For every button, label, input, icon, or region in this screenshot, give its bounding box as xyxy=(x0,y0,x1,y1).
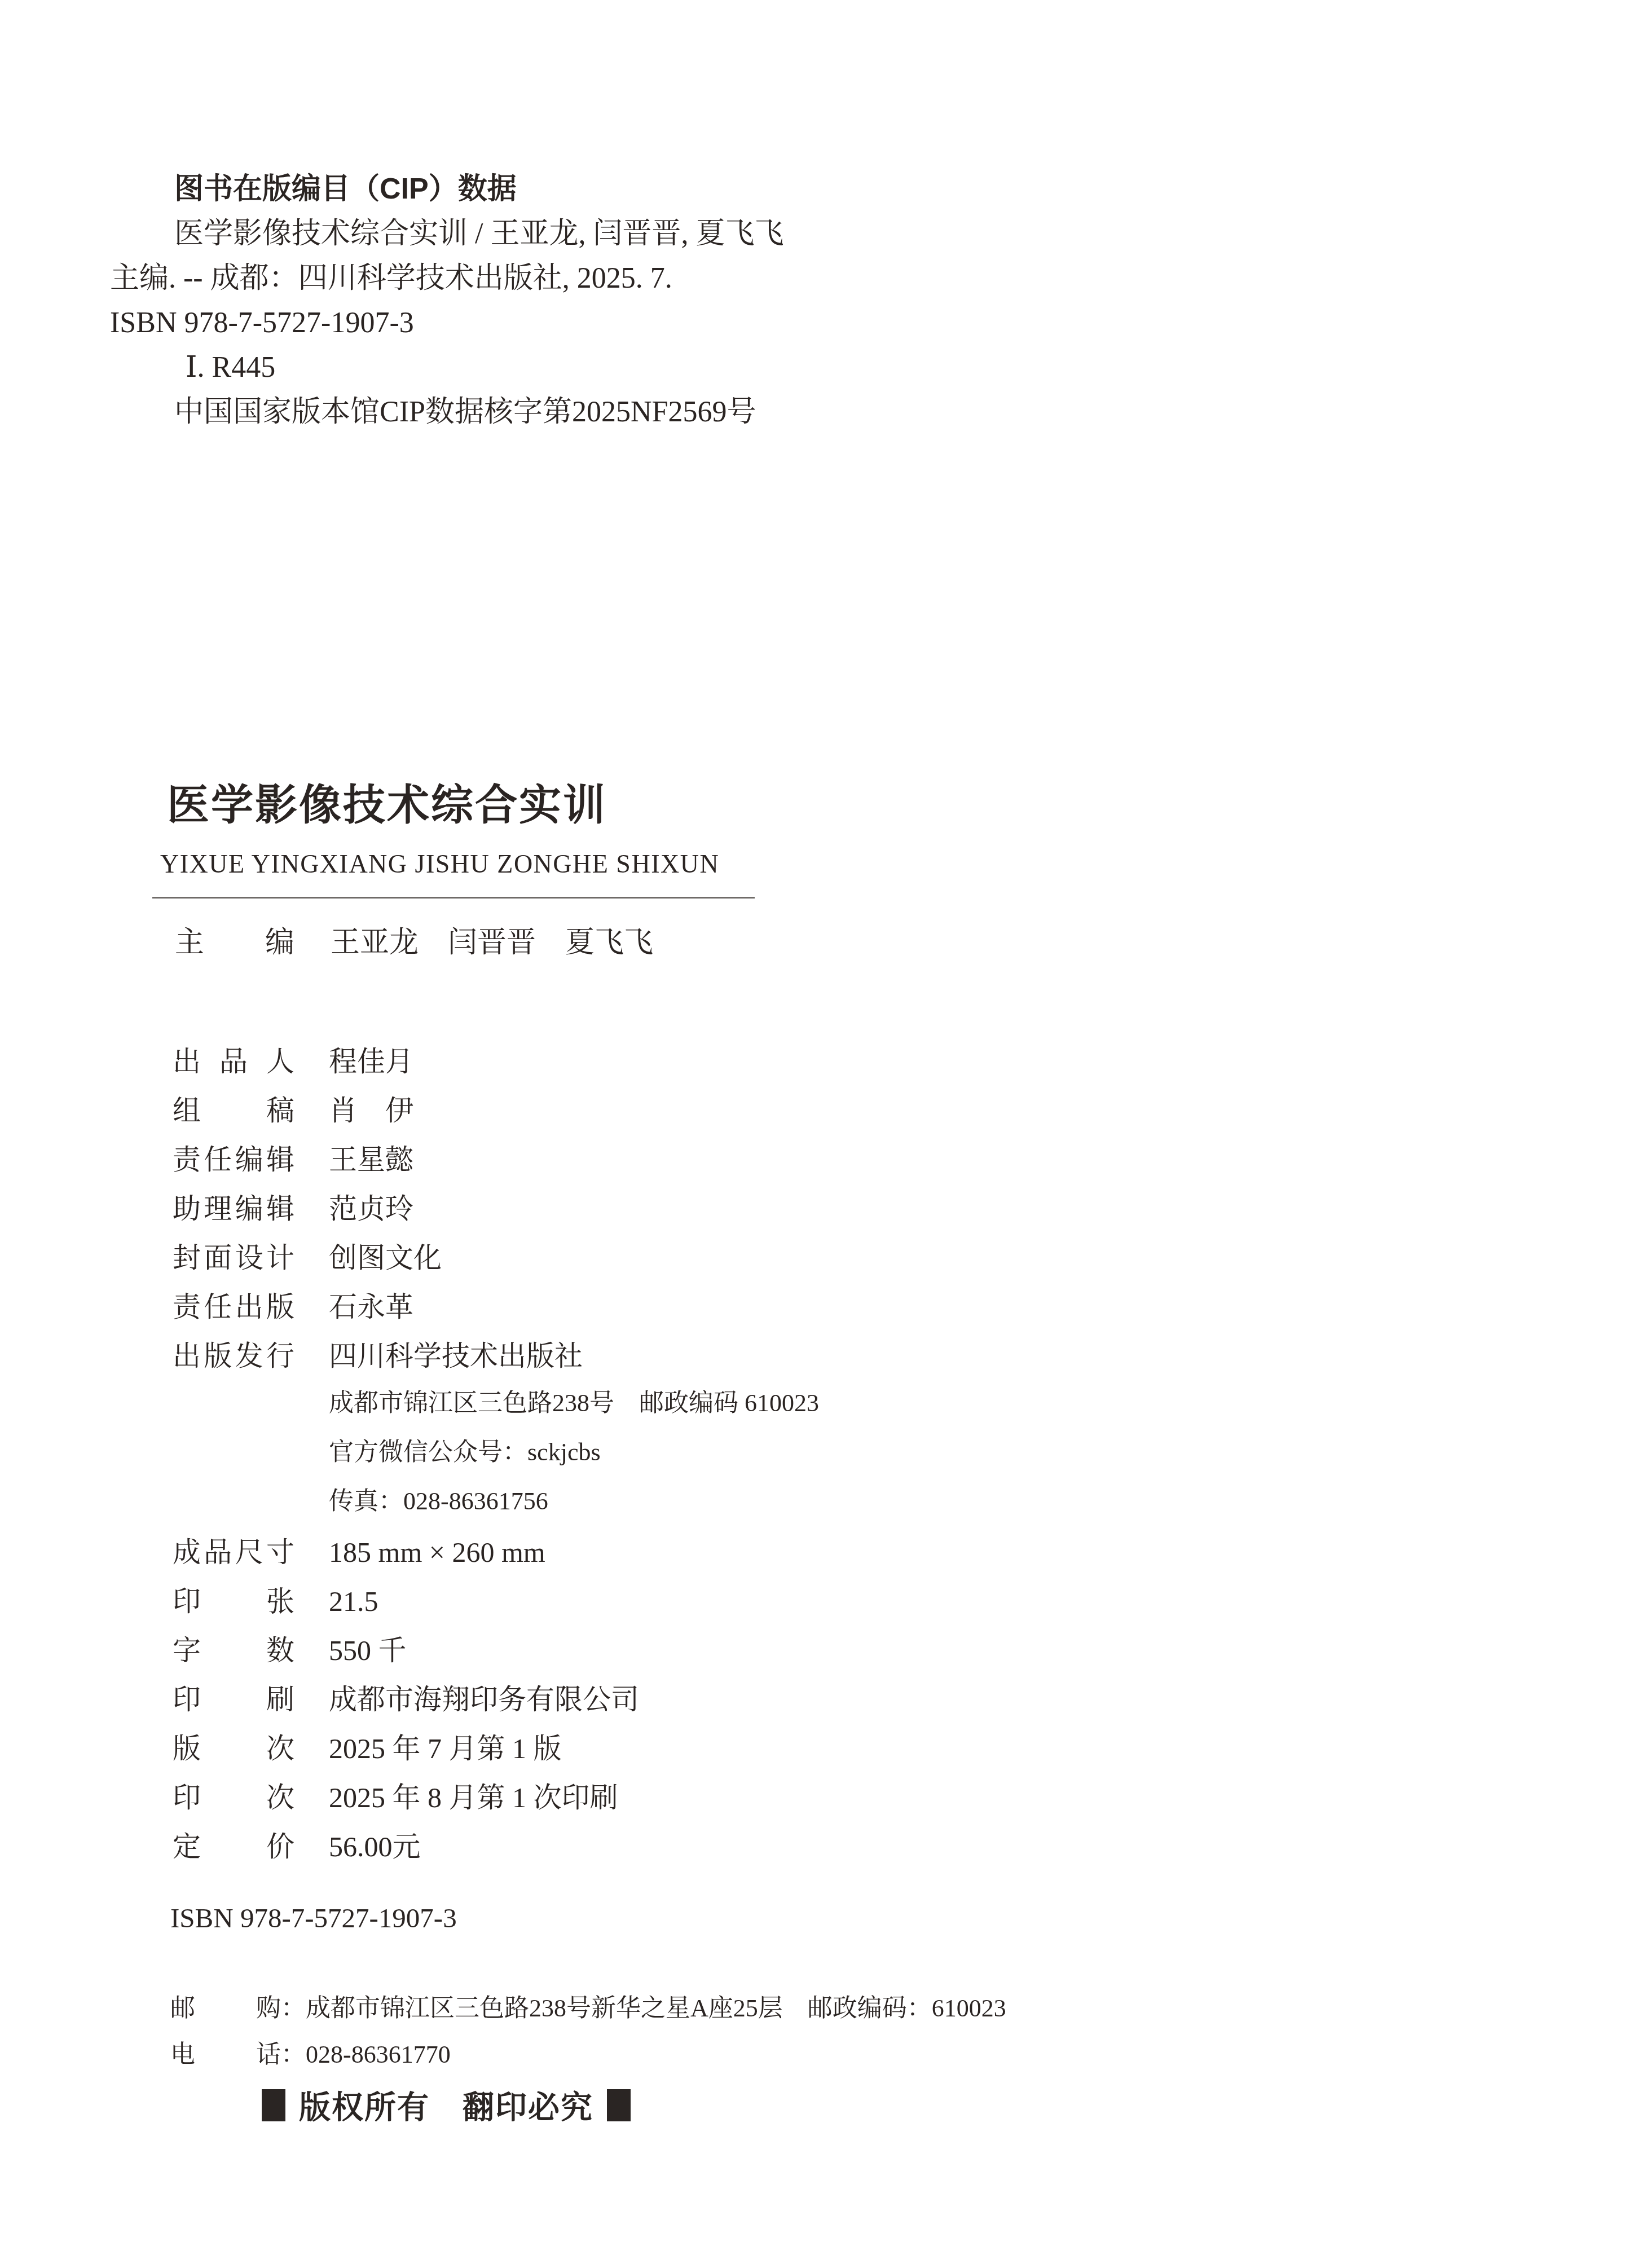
colophon-row-fax: 传真：028-86361756 xyxy=(173,1481,819,1530)
row-value: ：成都市锦江区三色路238号新华之星A座25层 邮政编码：610023 xyxy=(281,1988,1006,2024)
editor-names: 王亚龙 闫晋晋 夏飞飞 xyxy=(331,918,653,961)
row-value: 程佳月 xyxy=(329,1039,413,1080)
row-value: 官方微信公众号：sckjcbs xyxy=(329,1432,601,1468)
colophon-row-cover-design: 封面设计 创图文化 xyxy=(173,1235,819,1284)
cip-block: 图书在版编目（CIP）数据 医学影像技术综合实训 / 王亚龙, 闫晋晋, 夏飞飞… xyxy=(110,167,1182,434)
footer-contact-block: 邮购 ：成都市锦江区三色路238号新华之星A座25层 邮政编码：610023 电… xyxy=(170,1988,1006,2080)
cip-line-classification: Ⅰ. R445 xyxy=(110,345,1182,390)
editors-row: 主编 王亚龙 闫晋晋 夏飞飞 xyxy=(175,918,653,961)
book-title-pinyin: YIXUE YINGXIANG JISHU ZONGHE SHIXUN xyxy=(160,849,719,879)
row-label: 成品尺寸 xyxy=(173,1530,294,1570)
colophon: 出品人 程佳月 组稿 肖 伊 责任编辑 王星懿 助理编辑 范贞玲 封面设计 创图… xyxy=(173,1039,819,1873)
copyright-notice: 版权所有 翻印必究 xyxy=(262,2082,631,2128)
row-label: 字数 xyxy=(173,1628,294,1668)
colophon-row-assistant-editor: 助理编辑 范贞玲 xyxy=(173,1186,819,1235)
row-label: 助理编辑 xyxy=(173,1186,294,1227)
row-label: 印刷 xyxy=(173,1677,294,1717)
row-value: 传真：028-86361756 xyxy=(329,1481,548,1517)
row-value: 56.00元 xyxy=(329,1824,421,1865)
copyright-text: 版权所有 翻印必究 xyxy=(299,2082,593,2128)
row-value: 石永革 xyxy=(329,1284,413,1325)
row-label: 印张 xyxy=(173,1579,294,1619)
divider-rule xyxy=(152,897,755,899)
colophon-row-wechat: 官方微信公众号：sckjcbs xyxy=(173,1432,819,1481)
colophon-row-responsible-publishing: 责任出版 石永革 xyxy=(173,1284,819,1333)
row-label: 组稿 xyxy=(173,1088,294,1129)
copyright-page: 图书在版编目（CIP）数据 医学影像技术综合实训 / 王亚龙, 闫晋晋, 夏飞飞… xyxy=(0,0,1629,2268)
row-value: 21.5 xyxy=(329,1585,378,1618)
row-label: 责任编辑 xyxy=(173,1137,294,1178)
row-value: 成都市锦江区三色路238号 邮政编码 610023 xyxy=(329,1382,819,1419)
editor-label: 主编 xyxy=(175,918,294,961)
colophon-row-publisher-address: 成都市锦江区三色路238号 邮政编码 610023 xyxy=(173,1382,819,1432)
book-title: 医学影像技术综合实训 xyxy=(167,772,607,832)
row-value: 四川科学技术出版社 xyxy=(329,1333,583,1374)
row-value: 创图文化 xyxy=(329,1235,442,1276)
colophon-row-commissioning: 组稿 肖 伊 xyxy=(173,1088,819,1137)
colophon-row-edition: 版次 2025 年 7 月第 1 版 xyxy=(173,1726,819,1775)
row-value: 成都市海翔印务有限公司 xyxy=(329,1677,639,1717)
cip-line-publisher: 主编. -- 成都：四川科学技术出版社, 2025. 7. xyxy=(110,256,1182,301)
row-label: 版次 xyxy=(173,1726,294,1767)
row-label: 邮购 xyxy=(170,1988,281,2024)
mail-order-row: 邮购 ：成都市锦江区三色路238号新华之星A座25层 邮政编码：610023 xyxy=(170,1988,1006,2034)
colophon-row-impression: 印次 2025 年 8 月第 1 次印刷 xyxy=(173,1775,819,1824)
colophon-row-publisher: 出版发行 四川科学技术出版社 xyxy=(173,1333,819,1382)
cip-heading: 图书在版编目（CIP）数据 xyxy=(110,167,1182,212)
cip-line-title-statement: 医学影像技术综合实训 / 王亚龙, 闫晋晋, 夏飞飞 xyxy=(110,212,1182,256)
row-value: 2025 年 7 月第 1 版 xyxy=(329,1726,562,1767)
colophon-row-printer: 印刷 成都市海翔印务有限公司 xyxy=(173,1677,819,1726)
row-value: 范贞玲 xyxy=(329,1186,413,1227)
isbn-line: ISBN 978-7-5727-1907-3 xyxy=(170,1902,457,1934)
row-value: 王星懿 xyxy=(329,1137,413,1178)
row-label: 定价 xyxy=(173,1824,294,1865)
row-value: ：028-86361770 xyxy=(281,2034,451,2070)
row-value: 550 千 xyxy=(329,1628,407,1668)
phone-row: 电话 ：028-86361770 xyxy=(170,2034,1006,2080)
black-square-icon xyxy=(607,2089,631,2121)
colophon-row-trim-size: 成品尺寸 185 mm × 260 mm xyxy=(173,1530,819,1579)
row-value: 185 mm × 260 mm xyxy=(329,1536,545,1569)
row-value: 肖 伊 xyxy=(329,1088,413,1129)
row-label: 电话 xyxy=(170,2034,281,2070)
colophon-row-price: 定价 56.00元 xyxy=(173,1824,819,1873)
colophon-row-word-count: 字数 550 千 xyxy=(173,1628,819,1677)
row-label: 责任出版 xyxy=(173,1284,294,1325)
row-label: 出品人 xyxy=(173,1039,294,1080)
row-label: 出版发行 xyxy=(173,1333,294,1374)
colophon-row-printed-sheets: 印张 21.5 xyxy=(173,1579,819,1628)
row-label: 封面设计 xyxy=(173,1235,294,1276)
black-square-icon xyxy=(262,2089,285,2121)
cip-line-isbn: ISBN 978-7-5727-1907-3 xyxy=(110,301,1182,345)
colophon-row-producer: 出品人 程佳月 xyxy=(173,1039,819,1088)
cip-line-record-number: 中国国家版本馆CIP数据核字第2025NF2569号 xyxy=(110,390,1182,434)
row-value: 2025 年 8 月第 1 次印刷 xyxy=(329,1775,618,1816)
row-label: 印次 xyxy=(173,1775,294,1816)
colophon-row-responsible-editor: 责任编辑 王星懿 xyxy=(173,1137,819,1186)
